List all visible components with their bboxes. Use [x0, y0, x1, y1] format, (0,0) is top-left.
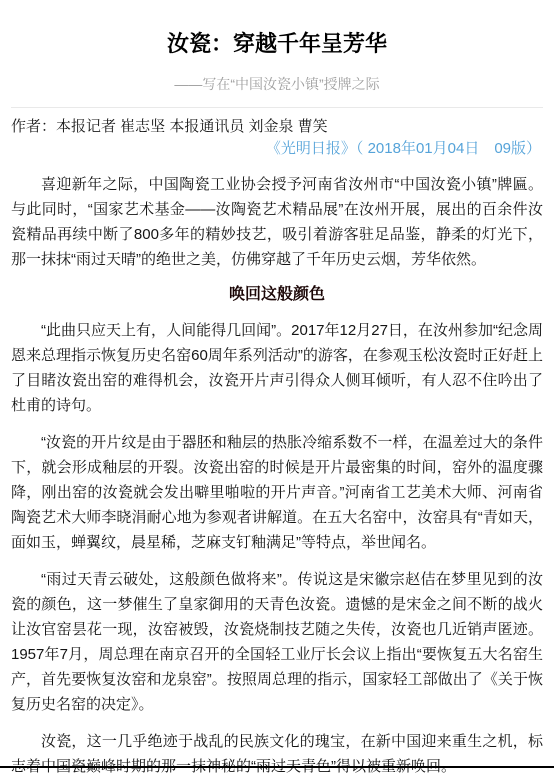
section-heading: 唤回这般颜色 — [11, 284, 543, 306]
paragraph: “雨过天青云破处，这般颜色做将来”。传说这是宋徽宗赵佶在梦里见到的汝瓷的颜色，这… — [11, 567, 543, 717]
paragraph: “汝瓷的开片纹是由于器胚和釉层的热胀冷缩系数不一样，在温差过大的条件下，就会形成… — [11, 430, 543, 555]
header-divider — [11, 107, 543, 108]
paragraph: “此曲只应天上有，人间能得几回闻”。2017年12月27日，在汝州参加“纪念周恩… — [11, 318, 543, 418]
bottom-border — [0, 766, 554, 768]
article-page: 汝瓷：穿越千年呈芳华 ——写在“中国汝瓷小镇”授牌之际 作者：本报记者 崔志坚 … — [0, 0, 554, 775]
paragraph: 汝瓷，这一几乎绝迹于战乱的民族文化的瑰宝，在新中国迎来重生之机，标志着中国瓷巅峰… — [11, 729, 543, 775]
paragraph: 喜迎新年之际，中国陶瓷工业协会授予河南省汝州市“中国汝瓷小镇”牌匾。与此同时，“… — [11, 172, 543, 272]
author-line: 作者：本报记者 崔志坚 本报通讯员 刘金泉 曹笑 — [11, 116, 543, 138]
article-subtitle: ——写在“中国汝瓷小镇”授牌之际 — [11, 74, 543, 94]
article-body: 喜迎新年之际，中国陶瓷工业协会授予河南省汝州市“中国汝瓷小镇”牌匾。与此同时，“… — [11, 172, 543, 775]
source-line[interactable]: 《光明日报》（ 2018年01月04日 09版） — [11, 138, 543, 160]
article-title: 汝瓷：穿越千年呈芳华 — [11, 28, 543, 60]
